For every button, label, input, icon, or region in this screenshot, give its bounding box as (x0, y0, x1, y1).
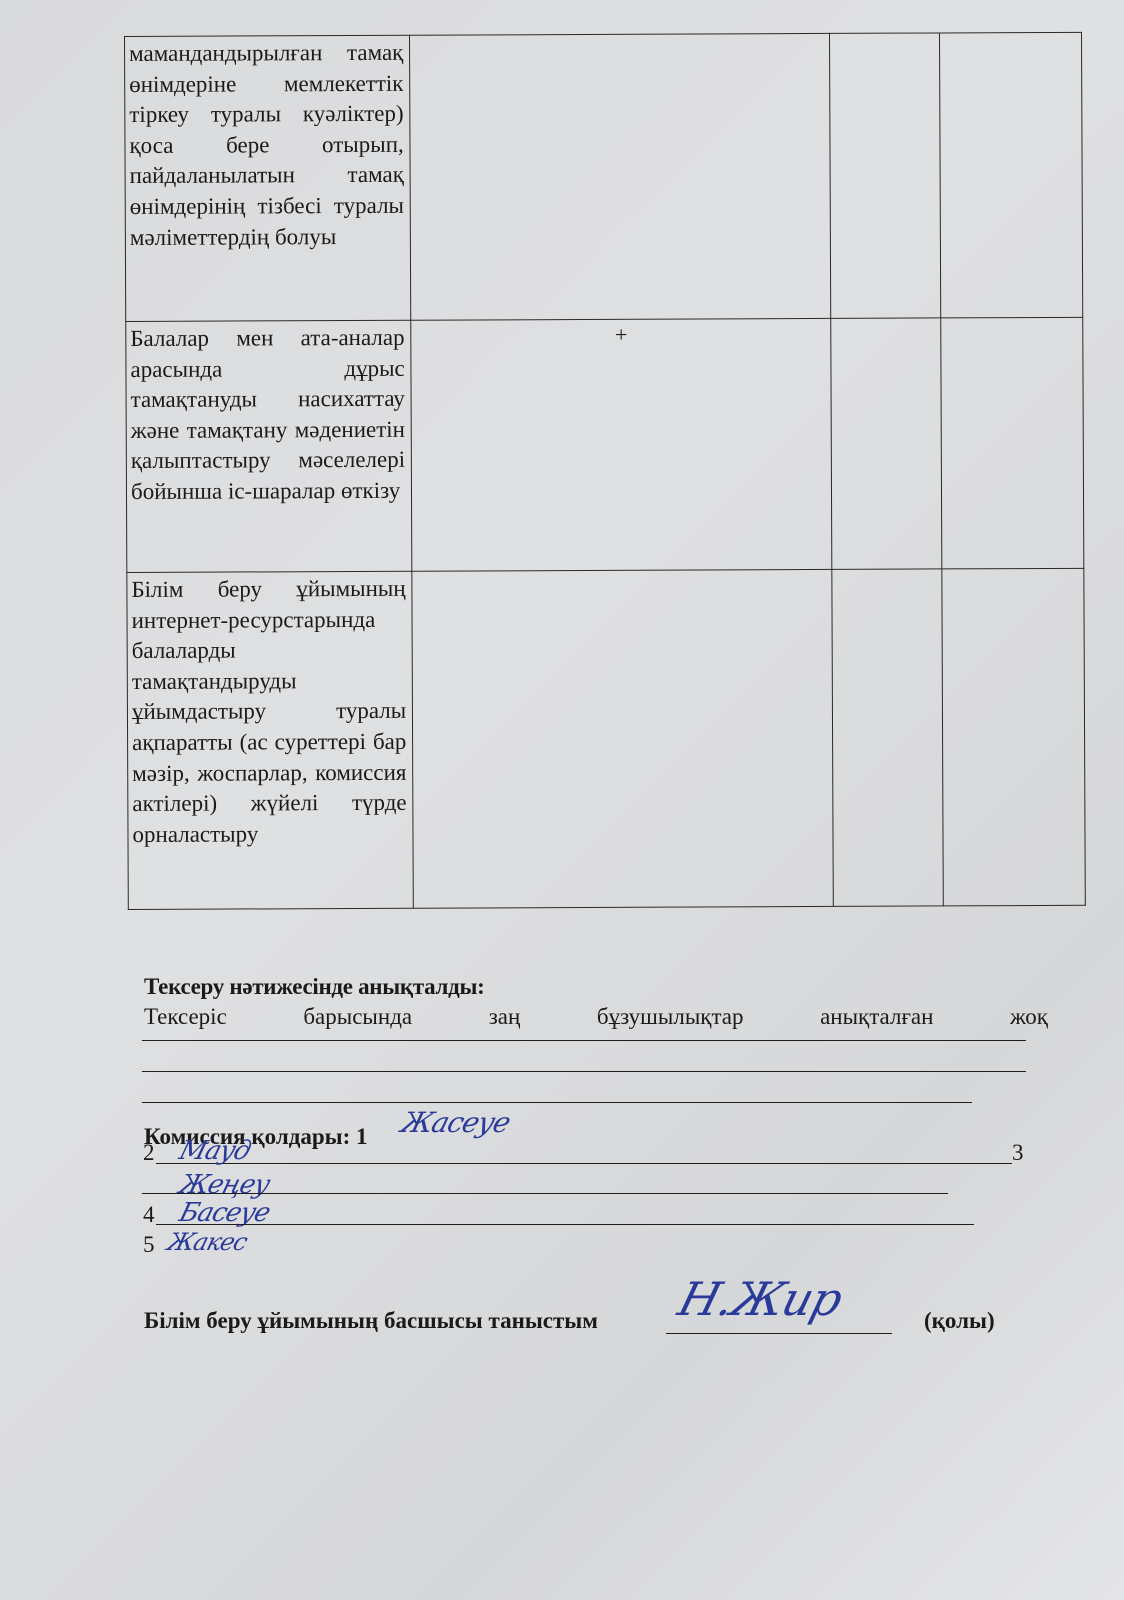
results-word: анықталған (820, 1004, 933, 1030)
handwritten-signature: Жасеуе (398, 1106, 514, 1139)
empty-cell (830, 33, 941, 318)
empty-cell (939, 32, 1082, 318)
empty-cell (831, 318, 941, 569)
criterion-cell: мамандандырылған тамақ өнімдеріне мемлек… (125, 35, 411, 321)
signature-number: 4 (143, 1202, 155, 1228)
signature-note: (қолы) (924, 1308, 995, 1334)
empty-cell (942, 568, 1086, 906)
results-section: Тексеру нәтижесінде анықталды: Тексеріс … (144, 974, 1048, 1030)
results-text: Тексеріс барысында заң бұзушылықтар анық… (144, 1004, 1048, 1030)
head-signature-line (666, 1333, 892, 1334)
signature-number: 5 (143, 1232, 155, 1258)
results-title: Тексеру нәтижесінде анықталды: (144, 974, 1048, 1000)
mark-cell: + (411, 318, 832, 571)
signature-line (142, 1193, 948, 1194)
empty-cell (941, 317, 1084, 569)
handwritten-signature: Жакес (164, 1228, 250, 1256)
blank-line (142, 1071, 1026, 1072)
mark-cell (412, 569, 834, 908)
mark-cell (410, 33, 831, 320)
table-row: Балалар мен ата-аналар арасында дұрыс та… (126, 317, 1084, 572)
handwritten-signature: Мауд (176, 1136, 254, 1166)
criterion-cell: Балалар мен ата-аналар арасында дұрыс та… (126, 320, 412, 572)
inspection-table: мамандандырылған тамақ өнімдеріне мемлек… (124, 32, 1086, 910)
signature-number: 3 (1012, 1140, 1024, 1166)
signature-number: 2 (143, 1140, 155, 1166)
signature-line (156, 1224, 974, 1225)
empty-cell (832, 569, 943, 906)
signature-line (156, 1163, 1012, 1164)
blank-line (142, 1040, 1026, 1041)
table-row: мамандандырылған тамақ өнімдеріне мемлек… (125, 32, 1083, 321)
signature-number: 1 (356, 1124, 368, 1149)
blank-line (142, 1102, 972, 1103)
results-word: барысында (303, 1004, 412, 1030)
results-word: Тексеріс (144, 1004, 227, 1030)
commission-signatures: Комиссия қолдары: 1 (144, 1124, 368, 1150)
results-word: жоқ (1010, 1004, 1048, 1030)
table-row: Білім беру ұйымының интернет-ресурстарын… (127, 568, 1085, 909)
document-page: мамандандырылған тамақ өнімдеріне мемлек… (0, 0, 1124, 1600)
head-acknowledgement: Білім беру ұйымының басшысы таныстым (144, 1308, 598, 1334)
results-word: бұзушылықтар (597, 1004, 744, 1030)
results-word: заң (489, 1004, 521, 1030)
handwritten-signature: Жеңеу (176, 1170, 273, 1200)
criterion-cell: Білім беру ұйымының интернет-ресурстарын… (127, 571, 414, 909)
head-handwritten-signature: Н.Жир (673, 1272, 848, 1326)
